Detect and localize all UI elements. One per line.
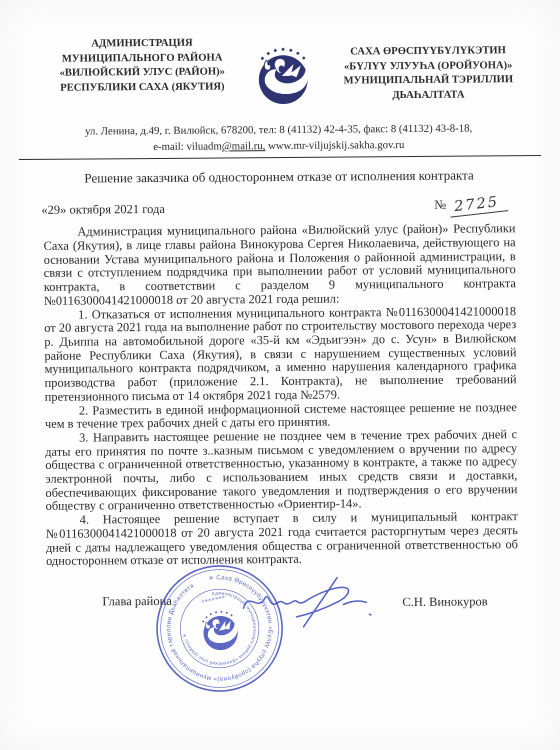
header-divider-line — [19, 155, 541, 160]
document-title: Решение заказчика об одностороннем отказ… — [0, 167, 559, 187]
document-date: «29» октября 2021 года — [41, 202, 165, 218]
letterhead: АДМИНИСТРАЦИЯ МУНИЦИПАЛЬНОГО РАЙОНА «ВИЛ… — [0, 0, 558, 112]
document-page: АДМИНИСТРАЦИЯ МУНИЦИПАЛЬНОГО РАЙОНА «ВИЛ… — [0, 0, 560, 750]
scanned-letter: АДМИНИСТРАЦИЯ МУНИЦИПАЛЬНОГО РАЙОНА «ВИЛ… — [0, 0, 560, 750]
handwritten-signature — [240, 574, 372, 639]
email-text: e-mail: viluadm — [153, 141, 222, 154]
org-name-sakha: САХА ӨРӨСПҮҮБҮЛҮКЭТИН «БҮЛҮҮ УЛУУҺА (ОРО… — [322, 34, 534, 104]
email-domain-underlined: @mail.ru, — [222, 140, 266, 152]
number-label: № — [434, 198, 446, 212]
contact-info: ул. Ленина, д.49, г. Вилюйск, 678200, те… — [0, 120, 559, 157]
paragraph-item-3: 3. Направить настоящее решение не поздне… — [45, 428, 518, 514]
address-phone-line: ул. Ленина, д.49, г. Вилюйск, 678200, те… — [85, 122, 472, 137]
document-number: № 2725 — [434, 197, 507, 216]
coat-of-arms-icon — [246, 36, 321, 111]
paragraph-item-1: 1. Отказаться от исполнения муниципально… — [44, 305, 517, 405]
dateline: «29» октября 2021 года № 2725 — [0, 196, 559, 218]
org-name-russian: АДМИНИСТРАЦИЯ МУНИЦИПАЛЬНОГО РАЙОНА «ВИЛ… — [40, 36, 245, 96]
seal-center-emblem-icon — [199, 607, 241, 653]
paragraph-preamble: Администрация муниципального района «Вил… — [43, 223, 516, 309]
document-body: Администрация муниципального района «Вил… — [43, 223, 518, 569]
signatory-name: С.Н. Винокуров — [402, 594, 487, 610]
handwritten-number: 2725 — [449, 194, 509, 218]
signature-block: Глава района ✳ Саха Өрөспүүбүлүкэтин «Бү… — [2, 581, 560, 745]
website-text: www.mr-viljujskij.sakha.gov.ru — [265, 139, 404, 152]
paragraph-item-4: 4. Настоящее решение вступает в силу и м… — [46, 510, 518, 569]
